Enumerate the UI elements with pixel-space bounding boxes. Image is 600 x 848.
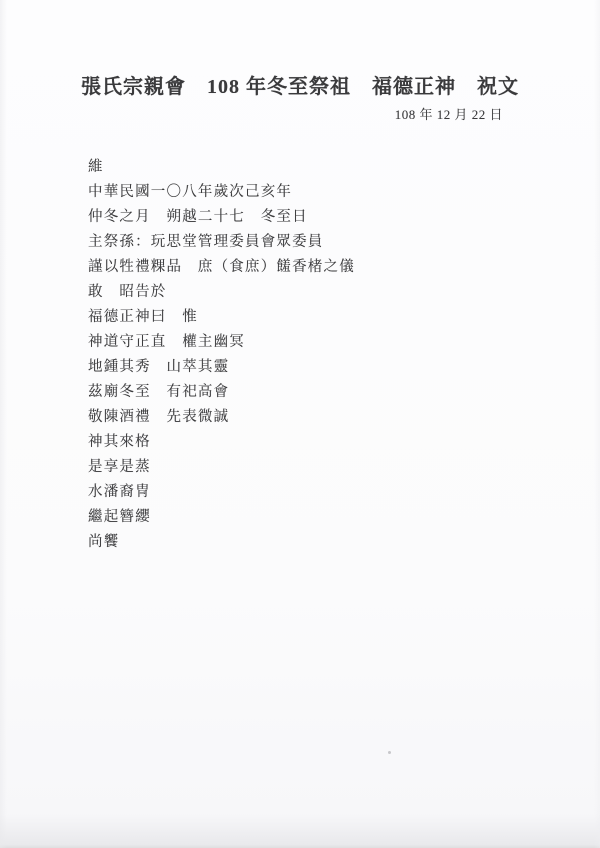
text-line: 神道守正直 權主幽冥 bbox=[88, 330, 600, 355]
text-line: 謹以牲禮粿品 庶（食庶）饈香楮之儀 bbox=[88, 255, 600, 280]
text-line: 敢 昭告於 bbox=[88, 280, 600, 305]
text-line: 主祭孫：玩思堂管理委員會眾委員 bbox=[88, 230, 600, 255]
text-line: 仲冬之月 朔越二十七 冬至日 bbox=[88, 205, 600, 230]
text-line: 繼起簪纓 bbox=[88, 505, 600, 530]
document-page: 張氏宗親會 108 年冬至祭祖 福德正神 祝文 108 年 12 月 22 日 … bbox=[0, 0, 600, 848]
text-line: 中華民國一〇八年歲次己亥年 bbox=[88, 180, 600, 205]
text-line: 地鍾其秀 山萃其靈 bbox=[88, 355, 600, 380]
text-line: 神其來格 bbox=[88, 430, 600, 455]
text-line: 水潘裔冑 bbox=[88, 480, 600, 505]
text-line: 維 bbox=[88, 155, 600, 180]
text-line: 茲廟冬至 有祀高會 bbox=[88, 380, 600, 405]
text-line: 尚饗 bbox=[88, 530, 600, 555]
document-date: 108 年 12 月 22 日 bbox=[0, 107, 600, 123]
scan-speck bbox=[388, 751, 391, 754]
text-line: 是享是蒸 bbox=[88, 455, 600, 480]
text-line: 福德正神曰 惟 bbox=[88, 305, 600, 330]
text-line: 敬陳酒禮 先表微誠 bbox=[88, 405, 600, 430]
document-title: 張氏宗親會 108 年冬至祭祖 福德正神 祝文 bbox=[0, 0, 600, 100]
document-body: 維 中華民國一〇八年歲次己亥年 仲冬之月 朔越二十七 冬至日 主祭孫：玩思堂管理… bbox=[88, 155, 600, 555]
